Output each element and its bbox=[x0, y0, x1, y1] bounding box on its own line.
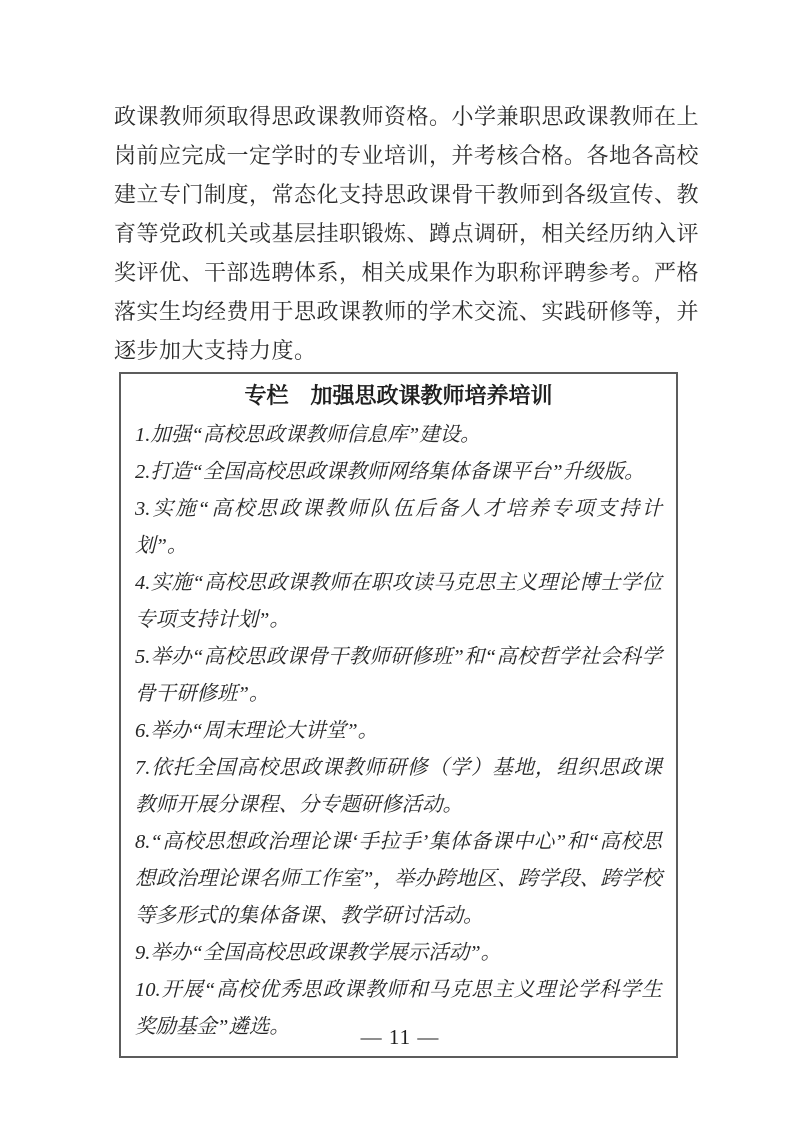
body-paragraph-line: 落实生均经费用于思政课教师的学术交流、实践研修等，并 bbox=[114, 292, 688, 331]
column-box-item: 9.举办“全国高校思政课教学展示活动”。 bbox=[135, 935, 662, 972]
column-box: 专栏 加强思政课教师培养培训 1.加强“高校思政课教师信息库”建设。2.打造“全… bbox=[119, 372, 678, 1058]
column-box-item: 2.打造“全国高校思政课教师网络集体备课平台”升级版。 bbox=[135, 454, 662, 491]
body-paragraph-line: 逐步加大支持力度。 bbox=[114, 331, 688, 370]
column-box-items: 1.加强“高校思政课教师信息库”建设。2.打造“全国高校思政课教师网络集体备课平… bbox=[135, 417, 662, 1046]
column-box-item: 6.举办“周末理论大讲堂”。 bbox=[135, 713, 662, 750]
column-box-item: 8.“高校思想政治理论课‘手拉手’集体备课中心”和“高校思想政治理论课名师工作室… bbox=[135, 824, 662, 935]
page-number: — 11 — bbox=[0, 1022, 800, 1052]
column-box-item: 4.实施“高校思政课教师在职攻读马克思主义理论博士学位专项支持计划”。 bbox=[135, 565, 662, 639]
column-box-item: 1.加强“高校思政课教师信息库”建设。 bbox=[135, 417, 662, 454]
page-content: 政课教师须取得思政课教师资格。小学兼职思政课教师在上岗前应完成一定学时的专业培训… bbox=[114, 97, 688, 1058]
column-box-item: 5.举办“高校思政课骨干教师研修班”和“高校哲学社会科学骨干研修班”。 bbox=[135, 639, 662, 713]
document-page: 政课教师须取得思政课教师资格。小学兼职思政课教师在上岗前应完成一定学时的专业培训… bbox=[0, 0, 800, 1131]
column-box-item: 3.实施“高校思政课教师队伍后备人才培养专项支持计划”。 bbox=[135, 491, 662, 565]
body-paragraph: 政课教师须取得思政课教师资格。小学兼职思政课教师在上岗前应完成一定学时的专业培训… bbox=[114, 97, 688, 370]
body-paragraph-line: 育等党政机关或基层挂职锻炼、蹲点调研，相关经历纳入评 bbox=[114, 214, 688, 253]
body-paragraph-line: 奖评优、干部选聘体系，相关成果作为职称评聘参考。严格 bbox=[114, 253, 688, 292]
column-box-item: 7.依托全国高校思政课教师研修（学）基地，组织思政课教师开展分课程、分专题研修活… bbox=[135, 750, 662, 824]
body-paragraph-line: 建立专门制度，常态化支持思政课骨干教师到各级宣传、教 bbox=[114, 175, 688, 214]
body-paragraph-line: 政课教师须取得思政课教师资格。小学兼职思政课教师在上 bbox=[114, 97, 688, 136]
column-box-title: 专栏 加强思政课教师培养培训 bbox=[135, 379, 662, 413]
body-paragraph-line: 岗前应完成一定学时的专业培训，并考核合格。各地各高校 bbox=[114, 136, 688, 175]
